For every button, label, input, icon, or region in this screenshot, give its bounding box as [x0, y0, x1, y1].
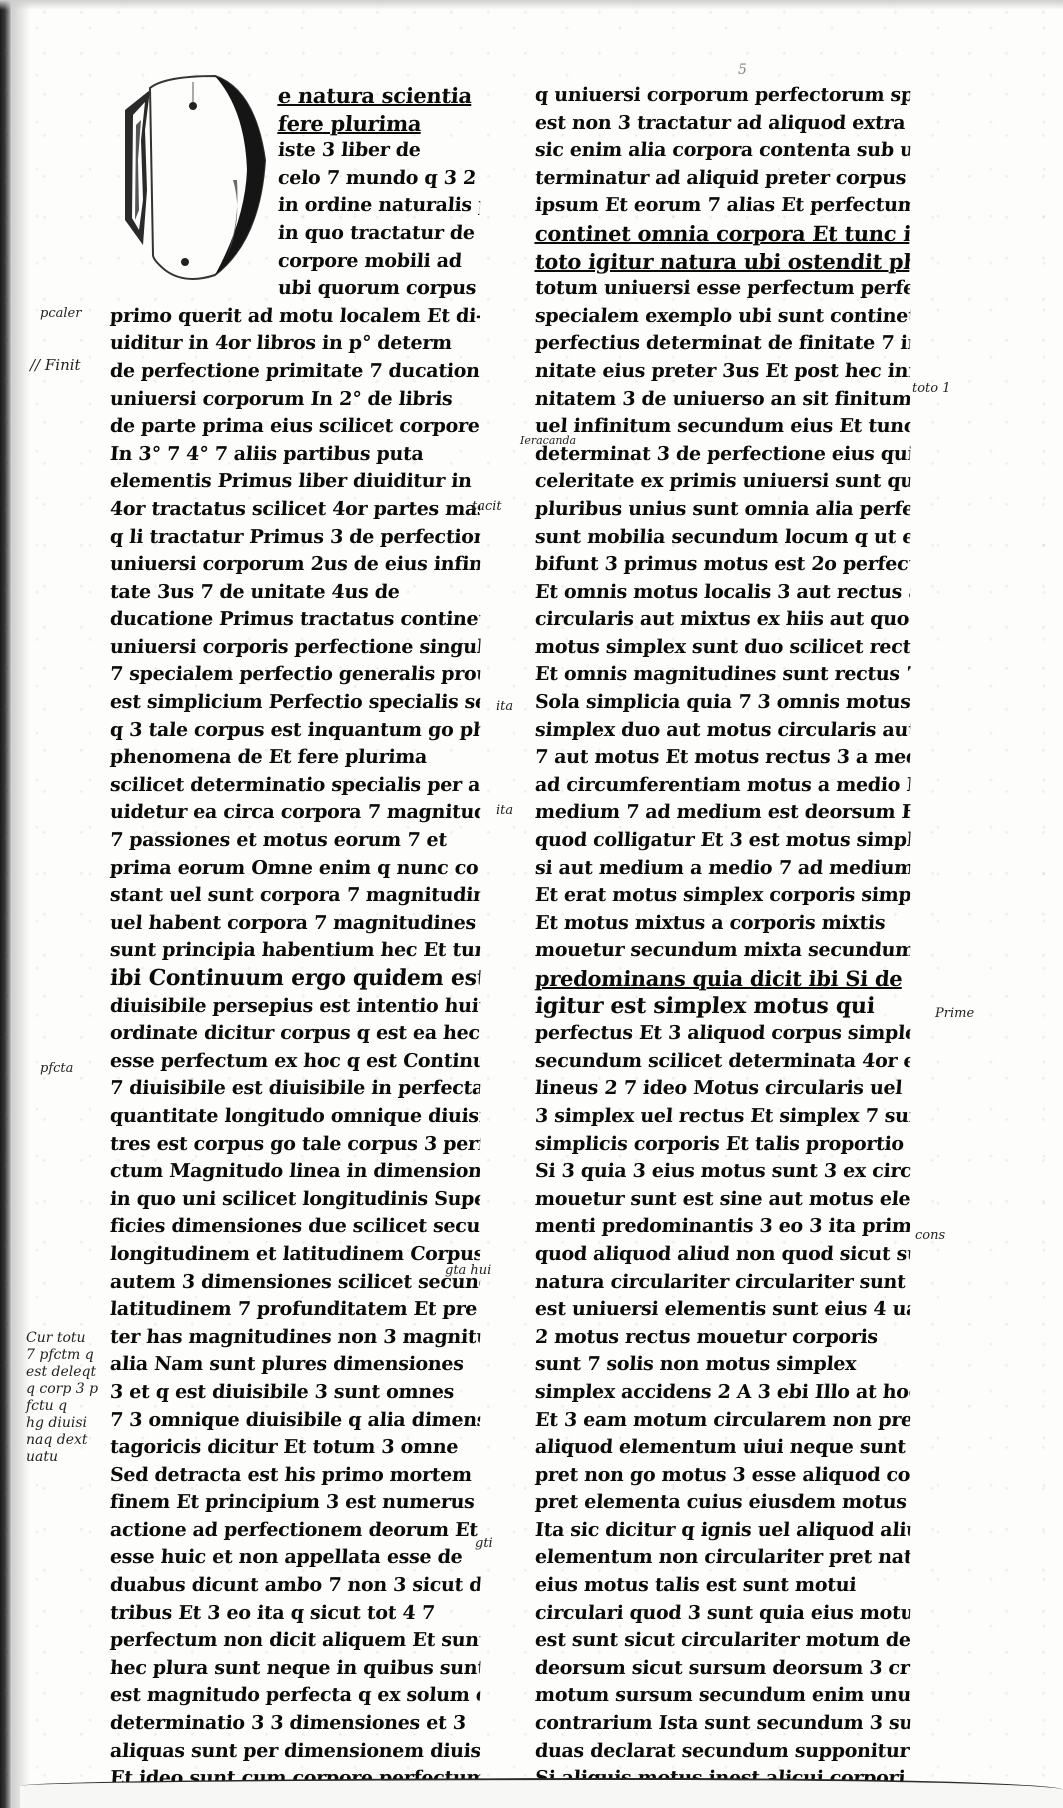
manuscript-line: bifunt 3 primus motus est 2o perfectus	[534, 551, 911, 579]
manuscript-line: latitudinem 7 profunditatem Et pre	[109, 1296, 481, 1324]
marginal-note: gti	[475, 1535, 493, 1552]
manuscript-line: ducatione Primus tractatus continet duo …	[109, 606, 481, 634]
manuscript-line: In 3° 7 4° 7 aliis partibus puta	[109, 441, 481, 469]
manuscript-line: circularis aut mixtus ex hiis aut quod	[534, 606, 911, 634]
manuscript-line: sic enim alia corpora contenta sub uniue…	[534, 137, 911, 165]
manuscript-line: igitur est simplex motus qui	[534, 993, 911, 1021]
manuscript-line: de parte prima eius scilicet corpore cel…	[109, 413, 481, 441]
manuscript-line: q uniuersi corporum perfectorum speciali…	[534, 82, 911, 110]
manuscript-line: 7 diuisibile est diuisibile in perfecta	[109, 1075, 481, 1103]
manuscript-line: 7 passiones et motus eorum 7 et	[109, 827, 481, 855]
manuscript-line: iste 3 liber de	[109, 137, 481, 165]
manuscript-line: est non 3 tractatur ad aliquod extra cor…	[534, 110, 911, 138]
marginal-note: gta hui	[445, 1262, 491, 1279]
manuscript-line: uidetur ea circa corpora 7 magnitudines	[109, 799, 481, 827]
manuscript-line: esse perfectum ex hoc q est Continuum	[109, 1048, 481, 1076]
manuscript-line: esse huic et non appellata esse de	[109, 1544, 481, 1572]
binding-gutter	[0, 0, 12, 1808]
marginal-note: Prime	[935, 1005, 974, 1022]
marginal-note: ita	[496, 698, 513, 715]
manuscript-line: Si 3 quia 3 eius motus sunt 3 ex circula…	[534, 1158, 911, 1186]
manuscript-line: deorsum sicut sursum deorsum 3 creat	[534, 1655, 911, 1683]
manuscript-line: ipsum Et eorum 7 alias Et perfectum quod	[534, 192, 911, 220]
marginal-note: pcaler	[40, 305, 81, 322]
manuscript-line: quod colligatur Et 3 est motus simplex	[534, 827, 911, 855]
manuscript-line: Sed detracta est his primo mortem	[109, 1462, 481, 1490]
manuscript-line: toto igitur natura ubi ostendit phus	[534, 248, 911, 276]
manuscript-line: predominans quia dicit ibi Si de	[534, 965, 911, 993]
manuscript-line: 2 motus rectus mouetur corporis	[534, 1324, 911, 1352]
manuscript-line: finem Et principium 3 est numerus totius	[109, 1489, 481, 1517]
manuscript-line: est simplicium Perfectio specialis secun…	[109, 689, 481, 717]
manuscript-line: tres est corpus go tale corpus 3 perfe-	[109, 1131, 481, 1159]
manuscript-line: autem 3 dimensiones scilicet secundum la…	[109, 1269, 481, 1297]
manuscript-line: celeritate ex primis uniuersi sunt quide…	[534, 468, 911, 496]
manuscript-line: aliquod elementum uiui neque sunt nam qu…	[534, 1434, 911, 1462]
manuscript-line: determinatio 3 3 dimensiones et 3	[109, 1710, 481, 1738]
manuscript-line: aliquas sunt per dimensionem diuisibile	[109, 1738, 481, 1766]
manuscript-line: est sunt sicut circulariter motum de	[534, 1627, 911, 1655]
manuscript-line: alia Nam sunt plures dimensiones	[109, 1351, 481, 1379]
marginal-note: ita	[496, 802, 513, 819]
manuscript-line: terminatur ad aliquid preter corpus tang…	[534, 165, 911, 193]
manuscript-line: circulari quod 3 sunt quia eius motus na…	[534, 1600, 911, 1628]
manuscript-line: Ita sic dicitur q ignis uel aliquod aliu…	[534, 1517, 911, 1545]
manuscript-line: in quo uni scilicet longitudinis Super-	[109, 1186, 481, 1214]
manuscript-line: mouetur secundum mixta secundum elementu…	[534, 937, 911, 965]
manuscript-line: duas declarat secundum supponitur 3 eta	[534, 1738, 911, 1766]
manuscript-line: uniuersi corporum In 2° de libris	[109, 386, 481, 414]
manuscript-line: quantitate longitudo omnique diuisibile …	[109, 1103, 481, 1131]
manuscript-line: 3 simplex uel rectus Et simplex 7 sunt e…	[534, 1103, 911, 1131]
marginal-note: Ieracanda	[520, 432, 576, 449]
page-top-edge	[0, 0, 1063, 10]
manuscript-line: q 3 tale corpus est inquantum go phus qu…	[109, 717, 481, 745]
right-text-column: q uniuersi corporum perfectorum speciali…	[535, 82, 910, 1793]
manuscript-line: scilicet determinatio specialis per ao 2…	[109, 772, 481, 800]
manuscript-line: continet omnia corpora Et tunc ibi De	[534, 220, 911, 248]
manuscript-line: 4or tractatus scilicet 4or partes mass	[109, 496, 481, 524]
marginal-note: cons	[915, 1227, 945, 1244]
manuscript-line: 7 specialem perfectio generalis prout	[109, 661, 481, 689]
manuscript-line: celo 7 mundo q 3 2 4	[109, 165, 481, 193]
manuscript-line: si aut medium a medio 7 ad medium	[534, 855, 911, 883]
manuscript-line: perfectus Et 3 aliquod corpus simplex	[534, 1020, 911, 1048]
manuscript-line: sunt mobilia secundum locum q ut ens	[534, 524, 911, 552]
manuscript-line: q li tractatur Primus 3 de perfectione t…	[109, 524, 481, 552]
manuscript-line: secundum scilicet determinata 4or elemen…	[534, 1048, 911, 1076]
manuscript-line: tribus Et 3 eo ita q sicut tot 4 7	[109, 1600, 481, 1628]
manuscript-line: in ordine naturalis phie	[109, 192, 481, 220]
manuscript-line: est uniuersi elementis sunt eius 4 uas	[534, 1296, 911, 1324]
manuscript-line: ordinate dicitur corpus q est ea hec cor…	[109, 1020, 481, 1048]
manuscript-line: motum sursum secundum enim unum et	[534, 1682, 911, 1710]
manuscript-line: e natura scientia	[109, 82, 481, 110]
manuscript-line: elementis Primus liber diuiditur in	[109, 468, 481, 496]
manuscript-line: est magnitudo perfecta q ex solum est	[109, 1682, 481, 1710]
manuscript-line: primo querit ad motu localem Et di-	[109, 303, 481, 331]
manuscript-line: ibi Continuum ergo quidem est	[109, 965, 481, 993]
manuscript-line: simplicis corporis Et talis proportio	[534, 1131, 911, 1159]
manuscript-line: Et 3 eam motum circularem non pret esse	[534, 1407, 911, 1435]
manuscript-line: quod aliquod aliud non quod sicut sunt	[534, 1241, 911, 1269]
manuscript-line: Sola simplicia quia 7 3 omnis motus corp…	[534, 689, 911, 717]
marginal-note: toto 1	[912, 380, 951, 397]
manuscript-line: elementum non circulariter pret naturam	[534, 1544, 911, 1572]
manuscript-line: lineus 2 7 ideo Motus circularis uel	[534, 1075, 911, 1103]
manuscript-line: de perfectione primitate 7 ducatione tot…	[109, 358, 481, 386]
manuscript-line: specialem exemplo ubi sunt continet omni…	[534, 303, 911, 331]
manuscript-line: ad circumferentiam motus a medio Dicitur	[534, 772, 911, 800]
manuscript-line: Et erat motus simplex corporis simplicis	[534, 882, 911, 910]
manuscript-line: hec plura sunt neque in quibus sunt corp…	[109, 1655, 481, 1683]
manuscript-line: simplex duo aut motus circularis aut	[534, 717, 911, 745]
manuscript-line: totum uniuersi esse perfectum perfection…	[534, 275, 911, 303]
manuscript-line: duabus dicunt ambo 7 non 3 sicut de	[109, 1572, 481, 1600]
manuscript-line: medium 7 ad medium est deorsum Et	[534, 799, 911, 827]
manuscript-line: nitatem 3 de uniuerso an sit finitum	[534, 386, 911, 414]
manuscript-line: uel habent corpora 7 magnitudines uel	[109, 910, 481, 938]
marginal-note: pfcta	[40, 1060, 73, 1077]
manuscript-line: Et omnis motus localis 3 aut rectus aut	[534, 579, 911, 607]
manuscript-line: ter has magnitudines non 3 magnitudo	[109, 1324, 481, 1352]
manuscript-line: 3 et q est diuisibile 3 sunt omnes	[109, 1379, 481, 1407]
manuscript-line: mouetur sunt est sine aut motus ele-	[534, 1186, 911, 1214]
manuscript-line: prima eorum Omne enim q nunc co	[109, 855, 481, 883]
manuscript-line: ubi quorum corpus mobile	[109, 275, 481, 303]
manuscript-line: perfectum non dicit aliquem Et sunt tres	[109, 1627, 481, 1655]
left-text-column: e natura scientiafere plurimaiste 3 libe…	[110, 82, 480, 1793]
manuscript-line: natura circulariter circulariter sunt 3 …	[534, 1269, 911, 1297]
manuscript-line: uel infinitum secundum eius Et tunc	[534, 413, 911, 441]
manuscript-line: diuisibile persepius est intentio huius …	[109, 993, 481, 1021]
manuscript-line: pret non go motus 3 esse aliquod corpus	[534, 1462, 911, 1490]
folio-number: 5	[738, 62, 747, 78]
manuscript-line: determinat 3 de perfectione eius quia de	[534, 441, 911, 469]
manuscript-line: fere plurima	[109, 110, 481, 138]
manuscript-line: Et omnis magnitudines sunt rectus 7 circ…	[534, 661, 911, 689]
manuscript-line: uniuersi corporis perfectione singularem	[109, 634, 481, 662]
manuscript-line: tate 3us 7 de unitate 4us de	[109, 579, 481, 607]
manuscript-line: Et motus mixtus a corporis mixtis	[534, 910, 911, 938]
manuscript-line: menti predominantis 3 eo 3 ita prima	[534, 1213, 911, 1241]
manuscript-line: tagoricis dicitur Et totum 3 omne	[109, 1434, 481, 1462]
page-bottom-edge	[20, 1778, 1063, 1808]
manuscript-line: nitate eius preter 3us Et post hec infi-	[534, 358, 911, 386]
manuscript-line: ctum Magnitudo linea in dimensione una	[109, 1158, 481, 1186]
manuscript-line: uiditur in 4or libros in p° determ	[109, 330, 481, 358]
manuscript-line: in quo tractatur de	[109, 220, 481, 248]
manuscript-line: motus simplex sunt duo scilicet rectus 7…	[534, 634, 911, 662]
manuscript-line: pluribus unius sunt omnia alia perfecta …	[534, 496, 911, 524]
manuscript-line: stant uel sunt corpora 7 magnitudines	[109, 882, 481, 910]
manuscript-line: contrarium Ista sunt secundum 3 supponit…	[534, 1710, 911, 1738]
marginal-note: tacit	[472, 498, 502, 515]
manuscript-line: eius motus talis est sunt motui	[534, 1572, 911, 1600]
manuscript-line: longitudinem et latitudinem Corpus	[109, 1241, 481, 1269]
manuscript-line: actione ad perfectionem deorum Et ter	[109, 1517, 481, 1545]
manuscript-line: 7 3 omnique diuisibile q alia dimensio p…	[109, 1407, 481, 1435]
manuscript-line: ficies dimensiones due scilicet secundum	[109, 1213, 481, 1241]
marginal-gloss-block: Cur totu 7 pfctm q est deleqt q corp 3 p…	[26, 1330, 98, 1466]
manuscript-line: sunt 7 solis non motus simplex	[534, 1351, 911, 1379]
gutter-shadow	[12, 0, 30, 1808]
manuscript-line: sunt principia habentium hec Et tunc	[109, 937, 481, 965]
marginal-note: // Finit	[30, 357, 81, 374]
manuscript-line: corpore mobili ad	[109, 248, 481, 276]
manuscript-line: uniuersi corporum 2us de eius infini-	[109, 551, 481, 579]
manuscript-line: phenomena de Et fere plurima	[109, 744, 481, 772]
manuscript-line: 7 aut motus Et motus rectus 3 a medio	[534, 744, 911, 772]
manuscript-line: perfectius determinat de finitate 7 infi…	[534, 330, 911, 358]
manuscript-line: pret elementa cuius eiusdem motus erat	[534, 1489, 911, 1517]
manuscript-line: simplex accidens 2 A 3 ebi Illo at hoc p…	[534, 1379, 911, 1407]
